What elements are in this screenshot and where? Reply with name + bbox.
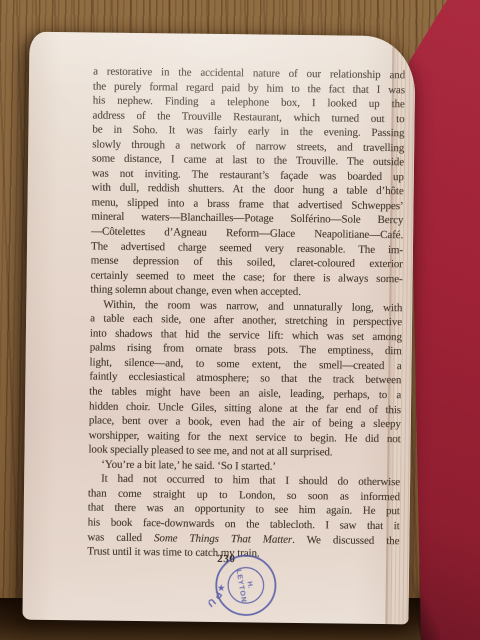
library-stamp-graphic: PUBLIC LIBRARIES ★ H. LEYTON: [208, 548, 283, 623]
stamp-center-town: LEYTON: [235, 569, 247, 603]
library-stamp: PUBLIC LIBRARIES ★ H. LEYTON: [208, 548, 283, 623]
stamp-star-icon: ★: [217, 583, 226, 594]
paragraph: a restorative in the accidental nature o…: [90, 64, 405, 301]
paragraph: Within, the room was narrow, and unnatur…: [88, 297, 402, 461]
text-block: a restorative in the accidental nature o…: [87, 64, 405, 562]
book-page: a restorative in the accidental nature o…: [22, 32, 415, 625]
stamp-center-initial: H.: [246, 581, 254, 589]
book-photo-scene: a restorative in the accidental nature o…: [0, 0, 480, 640]
